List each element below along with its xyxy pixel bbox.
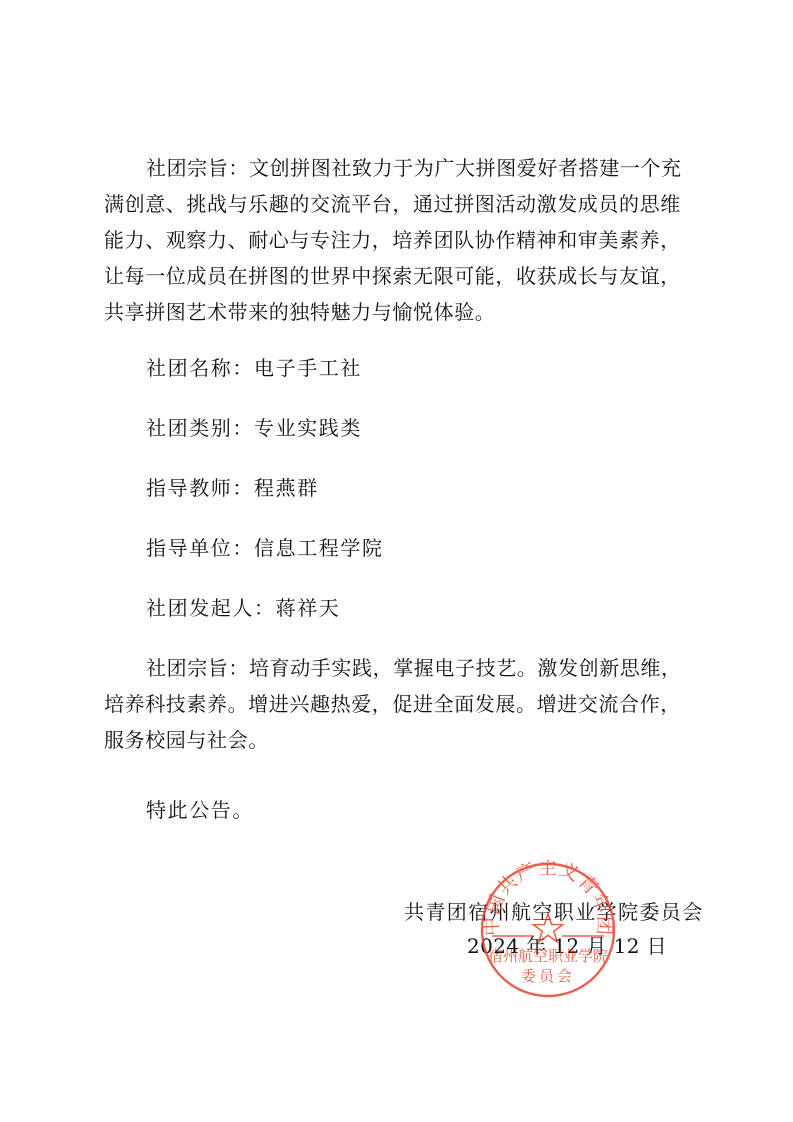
founder-field: 社团发起人：蒋祥天	[146, 596, 340, 620]
paragraph-line: 能力、观察力、耐心与专注力，培养团队协作精神和审美素养，	[104, 222, 694, 258]
paragraph-line: 社团宗旨：培育动手实践，掌握电子技艺。激发创新思维，	[146, 650, 694, 686]
document-page: 社团宗旨：文创拼图社致力于为广大拼图爱好者搭建一个充 满创意、挑战与乐趣的交流平…	[0, 0, 793, 1122]
signature-organization: 共青团宿州航空职业学院委员会	[404, 900, 704, 924]
signature-date: 2024 年 12 月 12 日	[467, 934, 667, 958]
club-category-field: 社团类别：专业实践类	[146, 416, 362, 440]
svg-text:中国共产主义青年团: 中国共产主义青年团	[481, 860, 616, 936]
paragraph-line: 让每一位成员在拼图的世界中探索无限可能，收获成长与友谊，	[104, 258, 694, 294]
paragraph-line: 满创意、挑战与乐趣的交流平台，通过拼图活动激发成员的思维	[104, 186, 694, 222]
paragraph-line: 社团宗旨：文创拼图社致力于为广大拼图爱好者搭建一个充	[146, 150, 694, 186]
official-seal-icon: 中国共产主义青年团 宿州航空职业学院 委员会	[478, 860, 618, 1000]
closing-statement: 特此公告。	[146, 798, 254, 822]
advisor-field: 指导教师：程燕群	[146, 476, 319, 500]
paragraph-line: 服务校园与社会。	[104, 722, 694, 758]
svg-text:委员会: 委员会	[521, 967, 575, 985]
paragraph-line: 培养科技素养。增进兴趣热爱，促进全面发展。增进交流合作，	[104, 686, 694, 722]
paragraph-line: 共享拼图艺术带来的独特魅力与愉悦体验。	[104, 294, 694, 330]
club-name-field: 社团名称：电子手工社	[146, 356, 362, 380]
advising-unit-field: 指导单位：信息工程学院	[146, 536, 384, 560]
